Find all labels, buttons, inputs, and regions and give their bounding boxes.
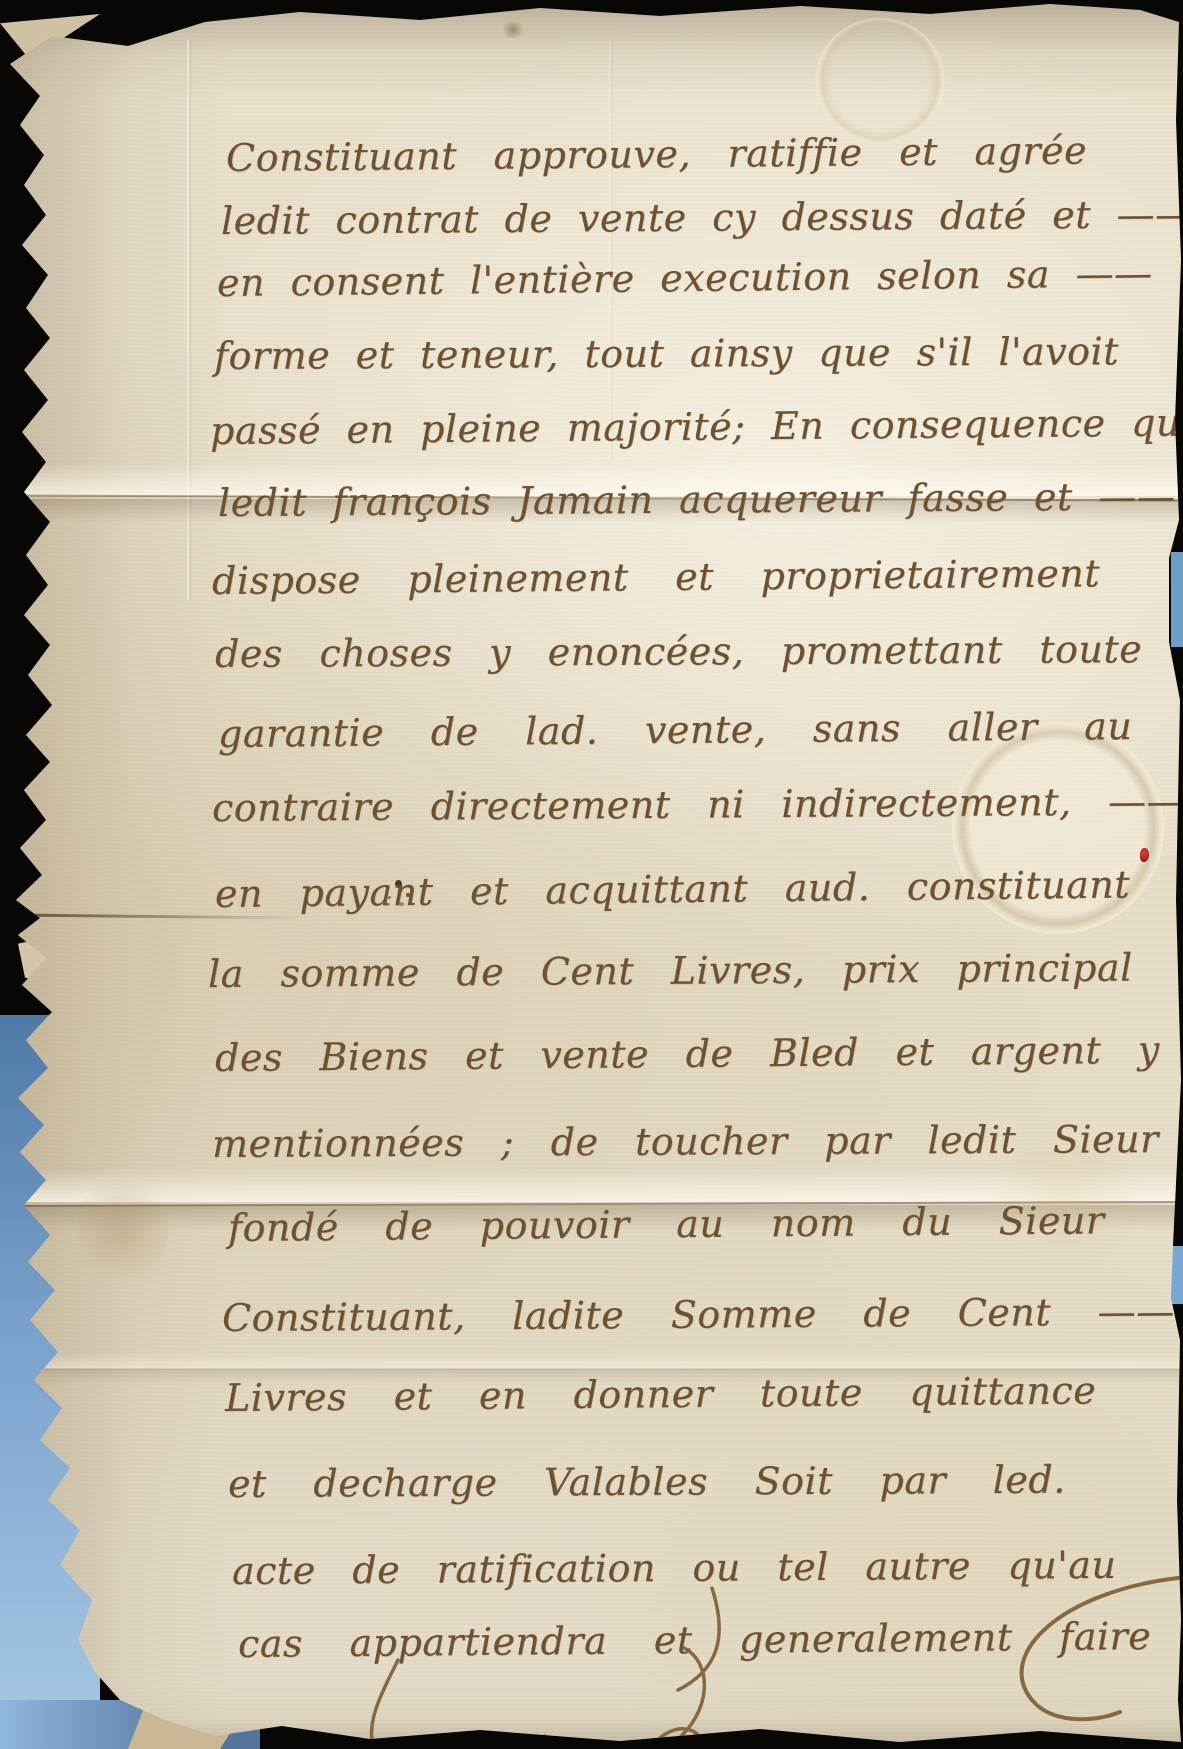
manuscript-line-9: garantie de lad. vente, sans aller au [218,707,1133,753]
manuscript-line-13: des Biens et vente de Bled et argent y [215,1031,1160,1077]
flourish-bottom-small [545,1736,572,1748]
manuscript-line-6: ledit françois Jamain acquereur fasse et… [218,477,1175,522]
manuscript-line-17: Livres et en donner toute quittance [225,1371,1097,1417]
scanned-manuscript-screenshot: { "manuscript": { "kind": "handwritten p… [0,0,1183,1749]
manuscript-line-14: mentionnées ; de toucher par ledit Sieur [212,1120,1159,1163]
stain-bottom-left [78,1170,168,1290]
stain-top-center [500,22,526,38]
manuscript-line-5: passé en pleine majorité; En consequence… [210,403,1183,450]
manuscript-line-12: la somme de Cent Livres, prix principal [208,949,1133,993]
flourish-descender-left [371,1660,398,1748]
blue-backing-right-sliver-top [1171,552,1183,647]
manuscript-line-1: Constituant approuve, ratiffie et agrée [226,131,1087,177]
manuscript-line-16: Constituant, ladite Somme de Cent —— [222,1292,1175,1337]
vertical-crease-middle [608,40,614,460]
manuscript-line-10: contraire directement ni indirectement, … [212,782,1183,827]
faint-seal-impression-top [815,18,945,143]
manuscript-line-3: en consent l'entière execution selon sa … [217,254,1153,302]
manuscript-line-4: forme et teneur, tout ainsy que s'il l'a… [214,332,1119,375]
manuscript-line-7: dispose pleinement et proprietairement [212,554,1100,600]
manuscript-line-20: cas appartiendra et generalement faire [238,1617,1151,1663]
manuscript-line-19: acte de ratification ou tel autre qu'au [232,1546,1117,1590]
manuscript-line-2: ledit contrat de vente cy dessus daté et… [221,195,1183,240]
flourish-center-loop [660,1588,719,1748]
manuscript-line-18: et decharge Valables Soit par led. [228,1461,1066,1503]
manuscript-line-8: des choses y enoncées, promettant toute [215,630,1142,673]
manuscript-line-11: en payant et acquittant aud. constituant [215,865,1130,913]
manuscript-page: Constituant approuve, ratiffie et agrée … [0,0,1183,1749]
manuscript-line-15: fondé de pouvoir au nom du Sieur [228,1201,1105,1247]
